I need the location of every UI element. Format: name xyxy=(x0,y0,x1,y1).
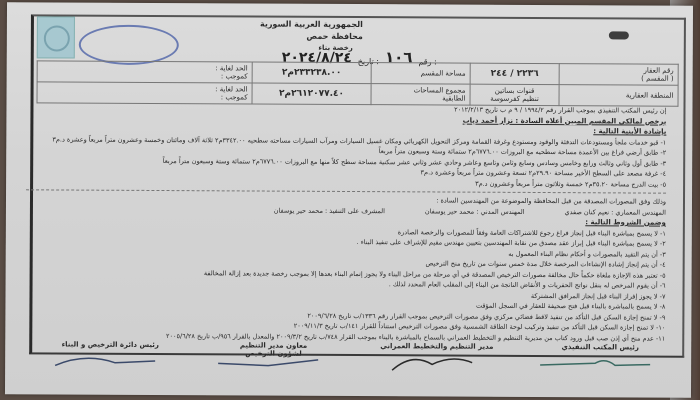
limit-cell: الحد لغاية : كموجب : xyxy=(37,61,252,83)
zone-label: المنطقة العقارية xyxy=(559,85,678,107)
signature-block: مدير التنظيم والتخطيط العمراني xyxy=(362,342,512,373)
lot-area-label: مساحة المقسم xyxy=(371,63,470,85)
reason-label: كموجب : xyxy=(42,71,248,80)
signatory-title: رئيس المكتب التنفيذي xyxy=(525,343,675,352)
architect-engineer: المهندس المعماري : نعيم كنان صفدي xyxy=(565,207,666,218)
lot-area-value: ٢٣٣٢٣٨.٠٠م٢ xyxy=(252,62,371,84)
permit-document: الجمهورية العربية السورية محافظة حمص رخص… xyxy=(5,2,693,398)
limit-cell: الحد لغاية : كموجب : xyxy=(37,82,252,104)
binder-clip-icon xyxy=(609,31,629,39)
supervisor-engineer: المشرف على التنفيذ : محمد حير يوسفان xyxy=(274,205,385,216)
header-governorate: محافظة حمص xyxy=(306,32,362,41)
signature-icon xyxy=(45,350,165,371)
total-floor-area-value: ٢٦١٢٠٧٧.٤٠م٢ xyxy=(252,83,371,105)
civil-engineer: المهندس المدني : محمد حير يوسفان xyxy=(425,206,525,217)
signature-icon xyxy=(208,351,328,372)
signature-row: رئيس دائرة الترخيص و البناء معاون مدير ا… xyxy=(35,340,675,373)
signatory-title: رئيس دائرة الترخيص و البناء xyxy=(35,340,185,349)
official-seal-icon xyxy=(79,25,179,66)
property-number-value: ٢٢٣٦ / ٢٤٤ xyxy=(470,63,559,84)
signature-block: معاون مدير التنظيم لشؤون الترخيص xyxy=(198,341,348,372)
signature-block: رئيس دائرة الترخيص و البناء xyxy=(35,340,185,371)
total-floor-area-label: مجموع المساحات الطابقية xyxy=(371,84,470,106)
header-country: الجمهورية العربية السورية xyxy=(260,20,363,30)
revenue-stamp-icon xyxy=(37,16,75,58)
signature-icon xyxy=(372,352,492,373)
signatory-title: مدير التنظيم والتخطيط العمراني xyxy=(362,342,512,351)
reason-label: كموجب : xyxy=(42,92,248,101)
property-info-table: رقم العقار ( المقسم ) ٢٢٣٦ / ٢٤٤ مساحة ا… xyxy=(37,60,679,106)
zone-value: قنوات بساتين تنظيم كفرسوسة xyxy=(470,84,559,105)
signature-icon xyxy=(535,353,655,374)
permit-body: إن رئيس المكتب التنفيذي بموجب القرار رقم… xyxy=(25,102,666,343)
property-number-label: رقم العقار ( المقسم ) xyxy=(559,64,678,86)
signature-block: رئيس المكتب التنفيذي xyxy=(525,343,675,374)
